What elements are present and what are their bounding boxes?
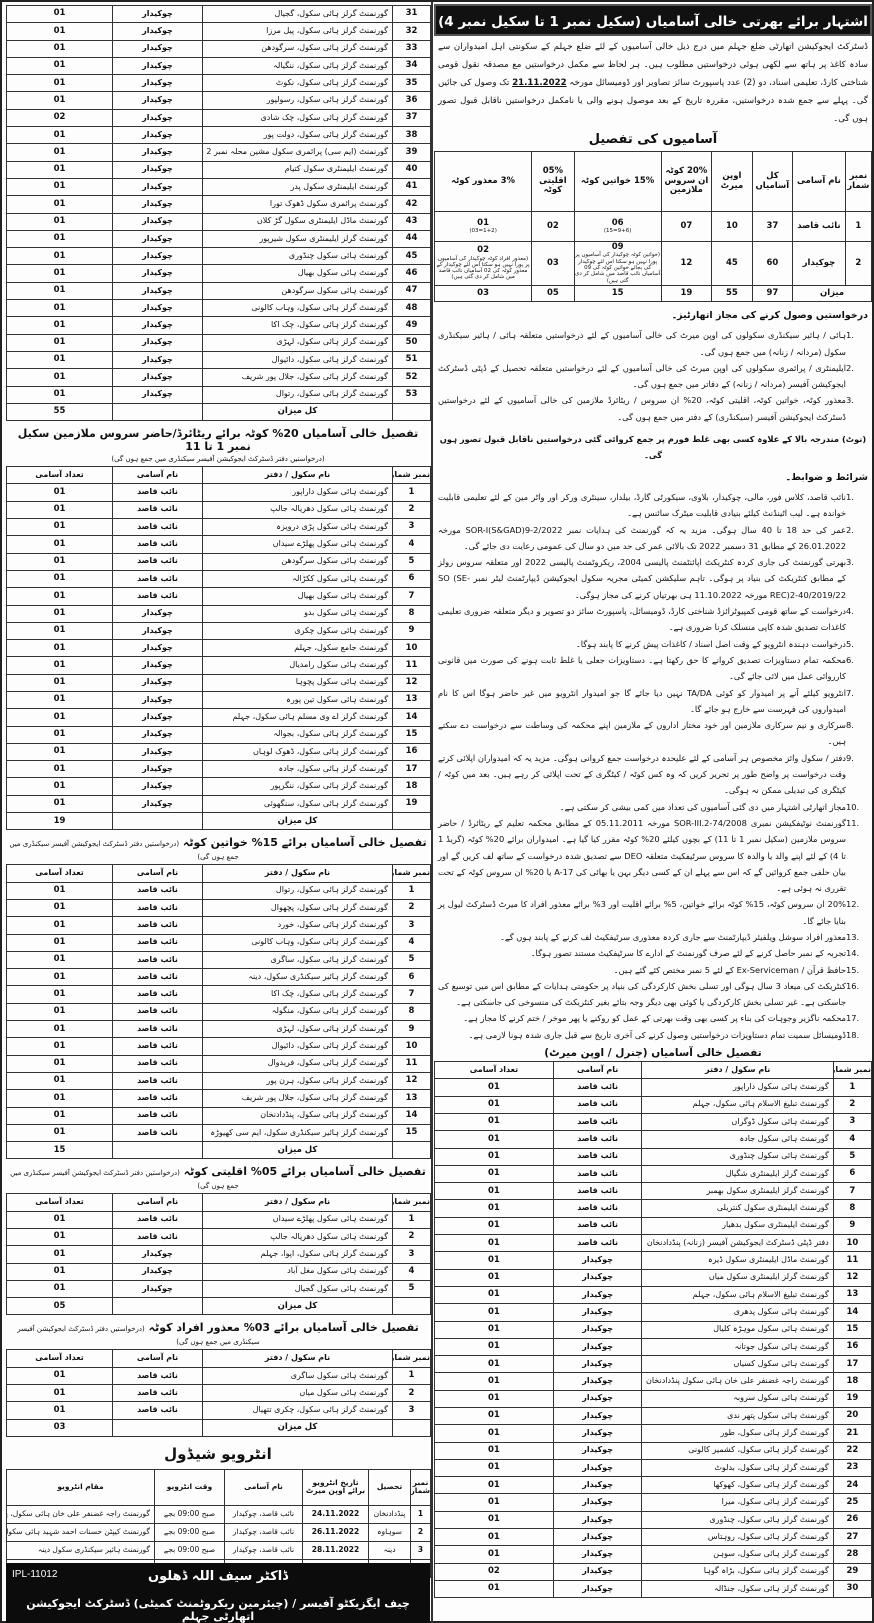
- conditions-section: شرائط و ضوابط۔ 1.نائب قاصد، کلاس فور، ما…: [434, 470, 872, 1043]
- school-name: گورنمنٹ گرلز ہائی سکول، پچھوال: [203, 899, 393, 916]
- school-name: گورنمنٹ ہائی سکول ککڑالہ: [203, 570, 393, 587]
- item-number: 16.: [846, 978, 868, 1011]
- post-count: 01: [7, 1402, 113, 1419]
- minority-title: تفصیل خالی آسامیاں برائے 05% اقلیتی کوٹہ…: [6, 1165, 430, 1191]
- col-sr: نمبر شمار: [393, 467, 431, 484]
- serial-number: 1: [845, 212, 871, 242]
- table-row: 13گورنمنٹ تبلیغ الاسلام ہائی سکول، جہلمچ…: [435, 1286, 872, 1303]
- interview-schedule-table: نمبر شمار تحصیل تاریخ انٹرویو برائے اوپن…: [6, 1469, 431, 1578]
- serial-number: 14: [393, 709, 431, 726]
- school-name: گورنمنٹ ہائی سکول داراپور: [642, 1079, 833, 1096]
- serial-number: 37: [393, 109, 431, 126]
- officer-name: ڈاکٹر سیف اللہ ڈھلوں: [6, 1569, 430, 1584]
- school-name: گورنمنٹ گرلز ہائی سکول، دولت پور: [203, 127, 393, 144]
- school-name: گورنمنٹ ہائی سکول پتھر ندی: [642, 1408, 833, 1425]
- total-total: 97: [752, 286, 792, 302]
- post-name: چوکیدار: [113, 109, 203, 126]
- disabled-title: تفصیل خالی آسامیاں برائے 03% معذور افراد…: [6, 1321, 430, 1347]
- table-row: 4گورنمنٹ ہائی سکول جادہنائب قاصد01: [435, 1131, 872, 1148]
- table-row: 4گورنمنٹ گرلز ہائی سکول، وہاب کالونینائب…: [7, 934, 431, 951]
- item-text: تجربہ کے نمبر حاصل کرنے کے لئے صرف گورنم…: [438, 945, 846, 961]
- serial-number: 21: [833, 1425, 871, 1442]
- item-text: سرکاری و نیم سرکاری ملازمین اور خود مختا…: [438, 717, 846, 750]
- school-name: گورنمنٹ گرلز ہائی سکول، پنڈدادنخان: [203, 1107, 393, 1124]
- item-text: معذور کوٹہ، خواتین کوٹہ، اقلیتی کوٹہ، 20…: [438, 392, 846, 425]
- table-row: 14گورنمنٹ گرلز ہائی سکول، پنڈدادنخاننائب…: [7, 1107, 431, 1124]
- school-name: گورنمنٹ گرلز ہائی سکول، چک شادی: [203, 109, 393, 126]
- serial-number: 2: [393, 1385, 431, 1402]
- table-row: 43گورنمنٹ ماڈل ایلیمنٹری سکول گڑ کلاںچوک…: [7, 213, 431, 230]
- total-posts: 60: [752, 242, 792, 286]
- table-row: 17گورنمنٹ ہائی سکول کسیاںچوکیدار01: [435, 1356, 872, 1373]
- post-name: چوکیدار: [113, 622, 203, 639]
- post-name: چوکیدار: [553, 1563, 642, 1580]
- table-row: 2گورنمنٹ گرلز ہائی سکول، پچھوالنائب قاصد…: [7, 899, 431, 916]
- total-row: کل میزان05: [7, 1298, 431, 1315]
- total-minority: 05: [532, 286, 574, 302]
- post-name: چوکیدار: [113, 92, 203, 109]
- col-venue: مقام انٹرویو: [7, 1469, 155, 1505]
- school-name: گورنمنٹ ایلیمنٹری سکول کنتریلی: [642, 1200, 833, 1217]
- list-item: 8.سرکاری و نیم سرکاری ملازمین اور خود مخ…: [438, 717, 868, 750]
- post-count: 01: [7, 1003, 113, 1020]
- post-count: 01: [7, 795, 113, 812]
- table-row: 10گورنمنٹ جامع سکول، جہلمچوکیدار01: [7, 640, 431, 657]
- tehsil: سوہاوہ: [369, 1523, 411, 1541]
- schedule-header-row: نمبر شمار تحصیل تاریخ انٹرویو برائے اوپن…: [7, 1469, 431, 1505]
- post-name: نائب قاصد: [113, 588, 203, 605]
- school-name: گورنمنٹ گرلز ہائی سکول، فریدوال: [203, 1055, 393, 1072]
- total-label: کل میزان: [203, 1419, 393, 1436]
- serial-number: 47: [393, 282, 431, 299]
- post-name: نائب قاصد: [113, 519, 203, 536]
- school-name: گورنمنٹ ہائی سکول مغل آباد: [203, 1263, 393, 1280]
- table-row: 16گورنمنٹ گرلز ہائی سکول، ڈھوک لوہاںچوکی…: [7, 743, 431, 760]
- table-row: 1گورنمنٹ ہائی سکول ساگرینائب قاصد01: [7, 1367, 431, 1384]
- serial-number: 23: [833, 1459, 871, 1476]
- school-name: گورنمنٹ گرلز ہائی سکول، جنڈالہ: [642, 1580, 833, 1597]
- post-count: 01: [435, 1096, 554, 1113]
- table-header-row: نمبر شمارنام سکول / دفترنام آسامیتعداد آ…: [7, 865, 431, 882]
- table-row: 32گورنمنٹ گرلز ہائی سکول، پیل مرزاچوکیدا…: [7, 23, 431, 40]
- school-name: گورنمنٹ ہائی سکول داراپور: [203, 484, 393, 501]
- school-name: گورنمنٹ ہائی سکول چکری: [203, 622, 393, 639]
- col-qty: تعداد آسامی: [7, 1194, 113, 1211]
- post-name: چوکیدار: [113, 369, 203, 386]
- deadline-date: 21.11.2022: [512, 78, 566, 88]
- school-name: گورنمنٹ گرلز ہائی سکول، ہرن پور: [203, 1072, 393, 1089]
- item-text: محکمہ تمام دستاویزات تصدیق کروانے کا حق …: [438, 652, 846, 685]
- post-name: نائب قاصد: [553, 1148, 642, 1165]
- post-name: چوکیدار: [113, 795, 203, 812]
- serial-number: 5: [833, 1148, 871, 1165]
- table-row: 53گورنمنٹ گرلز ہائی سکول، رتوالچوکیدار01: [7, 386, 431, 403]
- serial-number: 51: [393, 351, 431, 368]
- post-count: 01: [7, 351, 113, 368]
- post-count: 01: [7, 127, 113, 144]
- list-item: 7.انٹرویو کیلئے آنے پر امیدوار کو کوئی T…: [438, 685, 868, 718]
- serial-number: 10: [393, 640, 431, 657]
- post-name: چوکیدار: [113, 743, 203, 760]
- women-count: 06: [612, 218, 624, 228]
- empty-cell: [393, 813, 431, 830]
- post-count: 01: [435, 1580, 554, 1597]
- post-name: چوکیدار: [553, 1269, 642, 1286]
- post-name: نائب قاصد: [113, 882, 203, 899]
- signature-block: IPL-11012 ڈاکٹر سیف اللہ ڈھلوں چیف ایگزی…: [6, 1563, 430, 1623]
- post-name: نائب قاصد: [113, 1055, 203, 1072]
- item-text: 20% ان سروس کوٹہ، 15% کوٹہ برائے خواتین،…: [438, 896, 846, 929]
- post-name: چوکیدار: [553, 1408, 642, 1425]
- post-count: 01: [7, 709, 113, 726]
- post-count: 01: [7, 622, 113, 639]
- post-name: نائب قاصد: [113, 553, 203, 570]
- list-item: 3.بھرتی گورنمنٹ کی جاری کردہ کنٹریکٹ اپا…: [438, 554, 868, 603]
- women-note: (خواتین کوٹہ چوکیدار کی آسامیوں پر پورا …: [575, 252, 661, 284]
- table-row: 47گورنمنٹ ہائی سکول سرگودھنچوکیدار01: [7, 282, 431, 299]
- authorities-note: (نوٹ) مندرجہ بالا کے علاوہ کسی بھی غلط ف…: [438, 431, 868, 464]
- post-count: 01: [435, 1511, 554, 1528]
- in-service-count: 07: [661, 212, 712, 242]
- post-name: چوکیدار: [553, 1477, 642, 1494]
- total-label: کل میزان: [203, 1142, 393, 1159]
- col-sr: نمبر شمار: [393, 865, 431, 882]
- post-name: نائب قاصد: [793, 212, 846, 242]
- total-value: 55: [7, 403, 113, 420]
- serial-number: 45: [393, 248, 431, 265]
- table-row: 22گورنمنٹ گرلز ہائی سکول، کشمیر کالونیچو…: [435, 1442, 872, 1459]
- school-name: گورنمنٹ گرلز ہائی سکول، دائیوال: [203, 1038, 393, 1055]
- serial-number: 2: [393, 1229, 431, 1246]
- table-row: 2گورنمنٹ تبلیغ الاسلام ہائی سکول، جہلمنا…: [435, 1096, 872, 1113]
- women-quota-cell: 06(9+6=15): [574, 212, 661, 242]
- post-name: نائب قاصد: [113, 1385, 203, 1402]
- summary-col-4: 20% کوٹہ ان سروس ملازمین: [661, 152, 712, 212]
- open-merit-total-row: کل میزان 55: [7, 403, 431, 420]
- serial-number: 14: [393, 1107, 431, 1124]
- serial-number: 49: [393, 317, 431, 334]
- serial-number: 43: [393, 213, 431, 230]
- post-count: 01: [435, 1338, 554, 1355]
- empty-cell: [393, 1419, 431, 1436]
- table-row: 31گورنمنٹ گرلز ہائی سکول، گجیالچوکیدار01: [7, 6, 431, 23]
- table-row: 6گورنمنٹ گرلز ہائیر سیکنڈری سکول، دینہنا…: [7, 969, 431, 986]
- school-name: گورنمنٹ ہائی سکول سرگودھن: [203, 553, 393, 570]
- school-name: گورنمنٹ ہائی سکول تین پورہ: [203, 691, 393, 708]
- school-name: گورنمنٹ گرلز ہائی سکول، رتوال: [203, 882, 393, 899]
- post-count: 01: [435, 1477, 554, 1494]
- list-item: 10.مجاز اتھارٹی اشتہار میں دی گئی آسامیو…: [438, 799, 868, 815]
- in-service-subtitle: (درخواستیں دفتر ڈسٹرکٹ ایجوکیشن آفیسر سی…: [6, 455, 430, 463]
- serial-number: 35: [393, 75, 431, 92]
- school-name: گورنمنٹ ہائی سکول رامدیال: [203, 657, 393, 674]
- school-name: گورنمنٹ گرلز ہائی سکول، کھوکھا: [642, 1477, 833, 1494]
- serial-number: 14: [833, 1304, 871, 1321]
- school-name: گورنمنٹ راجہ غضنفر علی خان ہائی سکول پنڈ…: [642, 1373, 833, 1390]
- right-column: اشتہار برائے بھرتی خالی آسامیاں (سکیل نم…: [434, 2, 872, 1623]
- serial-number: 38: [393, 127, 431, 144]
- item-text: حافظ قرآن / Ex-Serviceman کے لئے 5 نمبر …: [438, 962, 846, 978]
- table-row: 4گورنمنٹ ہائی سکول مغل آبادچوکیدار01: [7, 1263, 431, 1280]
- table-row: 15گورنمنٹ ہائی سکول موہڑہ کلیالچوکیدار01: [435, 1321, 872, 1338]
- post-name: نائب قاصد: [113, 969, 203, 986]
- post-count: 01: [435, 1494, 554, 1511]
- summary-col-0: نمبر شمار: [845, 152, 871, 212]
- table-row: 29گورنمنٹ گرلز ہائی سکول، بڑاہ گوہاچوکید…: [435, 1563, 872, 1580]
- post-name: چوکیدار: [113, 386, 203, 403]
- post-name: نائب قاصد: [113, 501, 203, 518]
- table-row: 3گورنمنٹ گرلز ہائی سکول، چکری تتھیالنائب…: [7, 1402, 431, 1419]
- serial-number: 52: [393, 369, 431, 386]
- col-post: نام آسامی: [553, 1062, 642, 1079]
- list-item: 4.درخواست کے ساتھ قومی کمپیوٹرائزڈ شناخت…: [438, 603, 868, 636]
- list-item: 2.ایلیمنٹری / پرائمری سکولوں کی اوپن میر…: [438, 360, 868, 393]
- post-count: 01: [7, 674, 113, 691]
- serial-number: 10: [833, 1235, 871, 1252]
- item-text: محکمہ ناگزیر وجوہات کی بناء پر کسی بھی و…: [438, 1010, 846, 1026]
- table-row: 35گورنمنٹ گرلز ہائی سکول، نکوٹچوکیدار01: [7, 75, 431, 92]
- serial-number: 1: [393, 1211, 431, 1228]
- interview-date: 28.11.2022: [303, 1541, 369, 1559]
- list-item: 12.20% ان سروس کوٹہ، 15% کوٹہ برائے خوات…: [438, 896, 868, 929]
- serial-number: 2: [833, 1096, 871, 1113]
- table-row: 23گورنمنٹ گرلز ہائی سکول، بدلوٹچوکیدار01: [435, 1459, 872, 1476]
- post-name: چوکیدار: [553, 1459, 642, 1476]
- post-name: چوکیدار: [113, 75, 203, 92]
- post-count: 01: [435, 1131, 554, 1148]
- serial-number: 50: [393, 334, 431, 351]
- school-name: گورنمنٹ گرلز ہائی سکول، جادہ: [203, 761, 393, 778]
- post-count: 01: [7, 386, 113, 403]
- table-row: 19گورنمنٹ ہائی سکول سروبہچوکیدار01: [435, 1390, 872, 1407]
- school-name: گورنمنٹ گرلز ہائی سکول، وہاب کالونی: [203, 934, 393, 951]
- post-name: نائب قاصد: [113, 1211, 203, 1228]
- interview-date: 24.11.2022: [303, 1505, 369, 1523]
- table-row: 52گورنمنٹ گرلز ہائی سکول، جلال پور شریفچ…: [7, 369, 431, 386]
- in-service-count: 12: [661, 242, 712, 286]
- school-name: گورنمنٹ ہائی سکول جوتانہ: [642, 1338, 833, 1355]
- table-row: 19گورنمنٹ گرلز ہائی سکول، سنگھوئیچوکیدار…: [7, 795, 431, 812]
- school-name: گورنمنٹ گرلز ہائی سکول، سوہن: [642, 1546, 833, 1563]
- table-row: 1گورنمنٹ ہائی سکول داراپورنائب قاصد01: [435, 1079, 872, 1096]
- list-item: 11.گورنمنٹ نوٹیفکیشن نمبری SOR-III.2-74/…: [438, 815, 868, 896]
- post-count: 01: [7, 882, 113, 899]
- serial-number: 9: [833, 1217, 871, 1234]
- school-name: گورنمنٹ گرلز ہائیر سیکنڈری سکول، دینہ: [203, 969, 393, 986]
- school-name: گورنمنٹ گرلز ہائیر سیکنڈری سکول، ایم سی …: [203, 1124, 393, 1141]
- post-count: 01: [7, 1263, 113, 1280]
- table-row: 5گورنمنٹ ہائی سکول سرگودھننائب قاصد01: [7, 553, 431, 570]
- post-count: 01: [7, 1211, 113, 1228]
- school-name: گورنمنٹ گرلز ہائی سکول، طور: [642, 1425, 833, 1442]
- summary-table: نمبر شمارنام آسامیکل آسامیاںاوپن میرٹ20%…: [434, 151, 872, 302]
- summary-col-3: اوپن میرٹ: [712, 152, 752, 212]
- minority-count: 03: [532, 242, 574, 286]
- item-number: 6.: [846, 652, 868, 685]
- table-row: 42گورنمنٹ پرائمری سکول ڈھوک توراچوکیدار0…: [7, 196, 431, 213]
- serial-number: 3: [393, 519, 431, 536]
- serial-number: 18: [393, 778, 431, 795]
- item-number: 7.: [846, 685, 868, 718]
- post-count: 01: [435, 1373, 554, 1390]
- women-title: تفصیل خالی آسامیاں برائے 15% خواتین کوٹہ…: [6, 836, 430, 862]
- post-name: نائب قاصد: [113, 570, 203, 587]
- total-row: کل میزان15: [7, 1142, 431, 1159]
- col-post: نام آسامی: [225, 1469, 303, 1505]
- col-sr: نمبر شمار: [833, 1062, 871, 1079]
- disabled-note: (1+2=03): [435, 228, 531, 234]
- post-count: 01: [435, 1113, 554, 1130]
- school-name: گورنمنٹ ہائی سکول بھیال: [203, 588, 393, 605]
- school-name: گورنمنٹ گرلز ہائی سکول، رتوال: [203, 386, 393, 403]
- post-name: چوکیدار: [113, 674, 203, 691]
- item-number: 2.: [846, 522, 868, 555]
- school-name: گورنمنٹ گرلز ہائی سکول، منگولہ: [203, 1003, 393, 1020]
- tehsil: دینہ: [369, 1541, 411, 1559]
- serial-number: 1: [393, 1367, 431, 1384]
- total-label: کل میزان: [203, 403, 393, 420]
- table-row: 30گورنمنٹ گرلز ہائی سکول، جنڈالہچوکیدار0…: [435, 1580, 872, 1597]
- total-row: کل میزان03: [7, 1419, 431, 1436]
- post-count: 01: [435, 1269, 554, 1286]
- table-row: 8گورنمنٹ ہائی سکول بدوچوکیدار01: [7, 605, 431, 622]
- post-name: چوکیدار: [553, 1373, 642, 1390]
- post-count: 01: [7, 605, 113, 622]
- table-header-row: نمبر شمارنام سکول / دفترنام آسامیتعداد آ…: [7, 467, 431, 484]
- item-number: 18.: [846, 1027, 868, 1043]
- post-name: نائب قاصد: [113, 1003, 203, 1020]
- school-name: گورنمنٹ گرلز ہائی سکول، لہڑی: [203, 334, 393, 351]
- table-row: 28گورنمنٹ گرلز ہائی سکول، سوہنچوکیدار01: [435, 1546, 872, 1563]
- school-name: گورنمنٹ گرلز ہائی سکول، ڈھوک لوہاں: [203, 743, 393, 760]
- table-row: 7گورنمنٹ گرلز ایلیمنٹری سکول بھمبرنائب ق…: [435, 1183, 872, 1200]
- item-text: عمر کی حد 18 تا 40 سال ہوگی۔ مزید یہ کہ …: [438, 522, 846, 555]
- disabled-quota-cell: 02(معذور افراد کوٹہ چوکیدار کی آسامیوں پ…: [435, 242, 532, 286]
- post-name: نائب قاصد: [113, 484, 203, 501]
- post-name: چوکیدار: [553, 1252, 642, 1269]
- total-disabled: 03: [435, 286, 532, 302]
- post-name: نائب قاصد: [553, 1096, 642, 1113]
- item-number: 9.: [846, 750, 868, 799]
- post-name: نائب قاصد: [113, 899, 203, 916]
- school-name: گورنمنٹ گرلز ہائی سکول، کشمیر کالونی: [642, 1442, 833, 1459]
- table-row: 39گورنمنٹ (ایم سی) پرائمری سکول مشین محل…: [7, 144, 431, 161]
- serial-number: 8: [393, 1003, 431, 1020]
- post-count: 01: [7, 484, 113, 501]
- col-school: نام سکول / دفتر: [203, 1194, 393, 1211]
- post-count: 01: [7, 1367, 113, 1384]
- total-open: 55: [712, 286, 752, 302]
- table-row: 18گورنمنٹ گرلز ہائی سکول، ننگرپورچوکیدار…: [7, 778, 431, 795]
- post-name: چوکیدار: [553, 1321, 642, 1338]
- serial-number: 3: [393, 917, 431, 934]
- table-row: 18گورنمنٹ راجہ غضنفر علی خان ہائی سکول پ…: [435, 1373, 872, 1390]
- post-count: 01: [7, 691, 113, 708]
- serial-number: 13: [393, 1090, 431, 1107]
- school-name: گورنمنٹ ایلیمنٹری سکول کتیام: [203, 161, 393, 178]
- table-row: 14گورنمنٹ ہائی سکول پدھریچوکیدار01: [435, 1304, 872, 1321]
- serial-number: 3: [411, 1541, 431, 1559]
- post-name: چوکیدار: [113, 213, 203, 230]
- advertisement-page: 31گورنمنٹ گرلز ہائی سکول، گجیالچوکیدار01…: [0, 0, 874, 1623]
- list-item: 9.دفتر / سکول وائز مخصوص ہر آسامی کے لئے…: [438, 750, 868, 799]
- post-count: 01: [7, 317, 113, 334]
- post-name: نائب قاصد: [113, 1021, 203, 1038]
- item-text: درخواست کے ساتھ قومی کمپیوٹرائزڈ شناختی …: [438, 603, 846, 636]
- summary-col-1: نام آسامی: [793, 152, 846, 212]
- open-merit-count: 10: [712, 212, 752, 242]
- table-row: 13گورنمنٹ گرلز ہائی سکول، جلال پور شریفن…: [7, 1090, 431, 1107]
- table-row: 17گورنمنٹ گرلز ہائی سکول، جادہچوکیدار01: [7, 761, 431, 778]
- summary-title: آسامیوں کی تفصیل: [434, 132, 872, 147]
- post-name: چوکیدار: [113, 778, 203, 795]
- school-name: گورنمنٹ ہائی سکول چنڈوری: [203, 248, 393, 265]
- in-service-title: تفصیل خالی آسامیاں 20% کوٹہ برائے ریٹائر…: [6, 427, 430, 453]
- minority-title-text: تفصیل خالی آسامیاں برائے 05% اقلیتی کوٹہ: [184, 1165, 426, 1178]
- empty-cell: [113, 1419, 203, 1436]
- post-name: نائب قاصد: [553, 1200, 642, 1217]
- post-name: چوکیدار: [113, 657, 203, 674]
- school-name: گورنمنٹ گرلز ایلیمنٹری سکول میاں: [642, 1269, 833, 1286]
- post-name: چوکیدار: [113, 6, 203, 23]
- schedule-row: 3دینہ28.11.2022نائب قاصد، چوکیدارصبح 09:…: [7, 1541, 431, 1559]
- table-row: 10گورنمنٹ گرلز ہائی سکول، دائیوالنائب قا…: [7, 1038, 431, 1055]
- table-row: 5گورنمنٹ ہائی سکول گجیالچوکیدار01: [7, 1280, 431, 1297]
- table-row: 37گورنمنٹ گرلز ہائی سکول، چک شادیچوکیدار…: [7, 109, 431, 126]
- post-count: 01: [7, 553, 113, 570]
- post-name: نائب قاصد: [113, 934, 203, 951]
- table-row: 12گورنمنٹ گرلز ایلیمنٹری سکول میاںچوکیدا…: [435, 1269, 872, 1286]
- serial-number: 53: [393, 386, 431, 403]
- post-name: چوکیدار: [113, 161, 203, 178]
- post-count: 01: [7, 917, 113, 934]
- post-name: چوکیدار: [553, 1442, 642, 1459]
- table-row: 51گورنمنٹ گرلز ہائی سکول، دائیوالچوکیدار…: [7, 351, 431, 368]
- serial-number: 15: [833, 1321, 871, 1338]
- list-item: 15.حافظ قرآن / Ex-Serviceman کے لئے 5 نم…: [438, 962, 868, 978]
- table-row: 3گورنمنٹ ہائی سکول ڈوگراںنائب قاصد01: [435, 1113, 872, 1130]
- serial-number: 46: [393, 265, 431, 282]
- post-count: 01: [7, 1280, 113, 1297]
- item-text: انٹرویو کیلئے آنے پر امیدوار کو کوئی TA/…: [438, 685, 846, 718]
- list-item: 1.نائب قاصد، کلاس فور، مالی، چوکیدار، بل…: [438, 489, 868, 522]
- post-name: چوکیدار: [553, 1494, 642, 1511]
- serial-number: 13: [833, 1286, 871, 1303]
- item-text: بھرتی گورنمنٹ کی جاری کردہ کنٹریکٹ اپائن…: [438, 554, 846, 603]
- table-row: 1گورنمنٹ گرلز ہائی سکول، رتوالنائب قاصد0…: [7, 882, 431, 899]
- post-name: چوکیدار: [113, 317, 203, 334]
- item-number: 12.: [846, 896, 868, 929]
- post-name: چوکیدار: [553, 1580, 642, 1597]
- post-count: 01: [7, 934, 113, 951]
- serial-number: 18: [833, 1373, 871, 1390]
- women-note: (9+6=15): [575, 228, 661, 234]
- post-name: نائب قاصد: [113, 1402, 203, 1419]
- post-count: 01: [7, 300, 113, 317]
- school-name: گورنمنٹ گرلز ہائی سکول، چنڈوری: [642, 1511, 833, 1528]
- list-item: 3.معذور کوٹہ، خواتین کوٹہ، اقلیتی کوٹہ، …: [438, 392, 868, 425]
- post-name: چوکیدار: [113, 1280, 203, 1297]
- post-count: 01: [435, 1390, 554, 1407]
- post-count: 01: [7, 536, 113, 553]
- post-count: 02: [435, 1563, 554, 1580]
- school-name: گورنمنٹ گرلز ہائی سکول، ننگرپور: [203, 778, 393, 795]
- school-name: گورنمنٹ گرلز ہائی سکول، بجوالہ: [203, 726, 393, 743]
- serial-number: 8: [393, 605, 431, 622]
- school-name: گورنمنٹ تبلیغ الاسلام ہائی سکول، جہلم: [642, 1286, 833, 1303]
- post-name: چوکیدار: [553, 1338, 642, 1355]
- serial-number: 11: [833, 1252, 871, 1269]
